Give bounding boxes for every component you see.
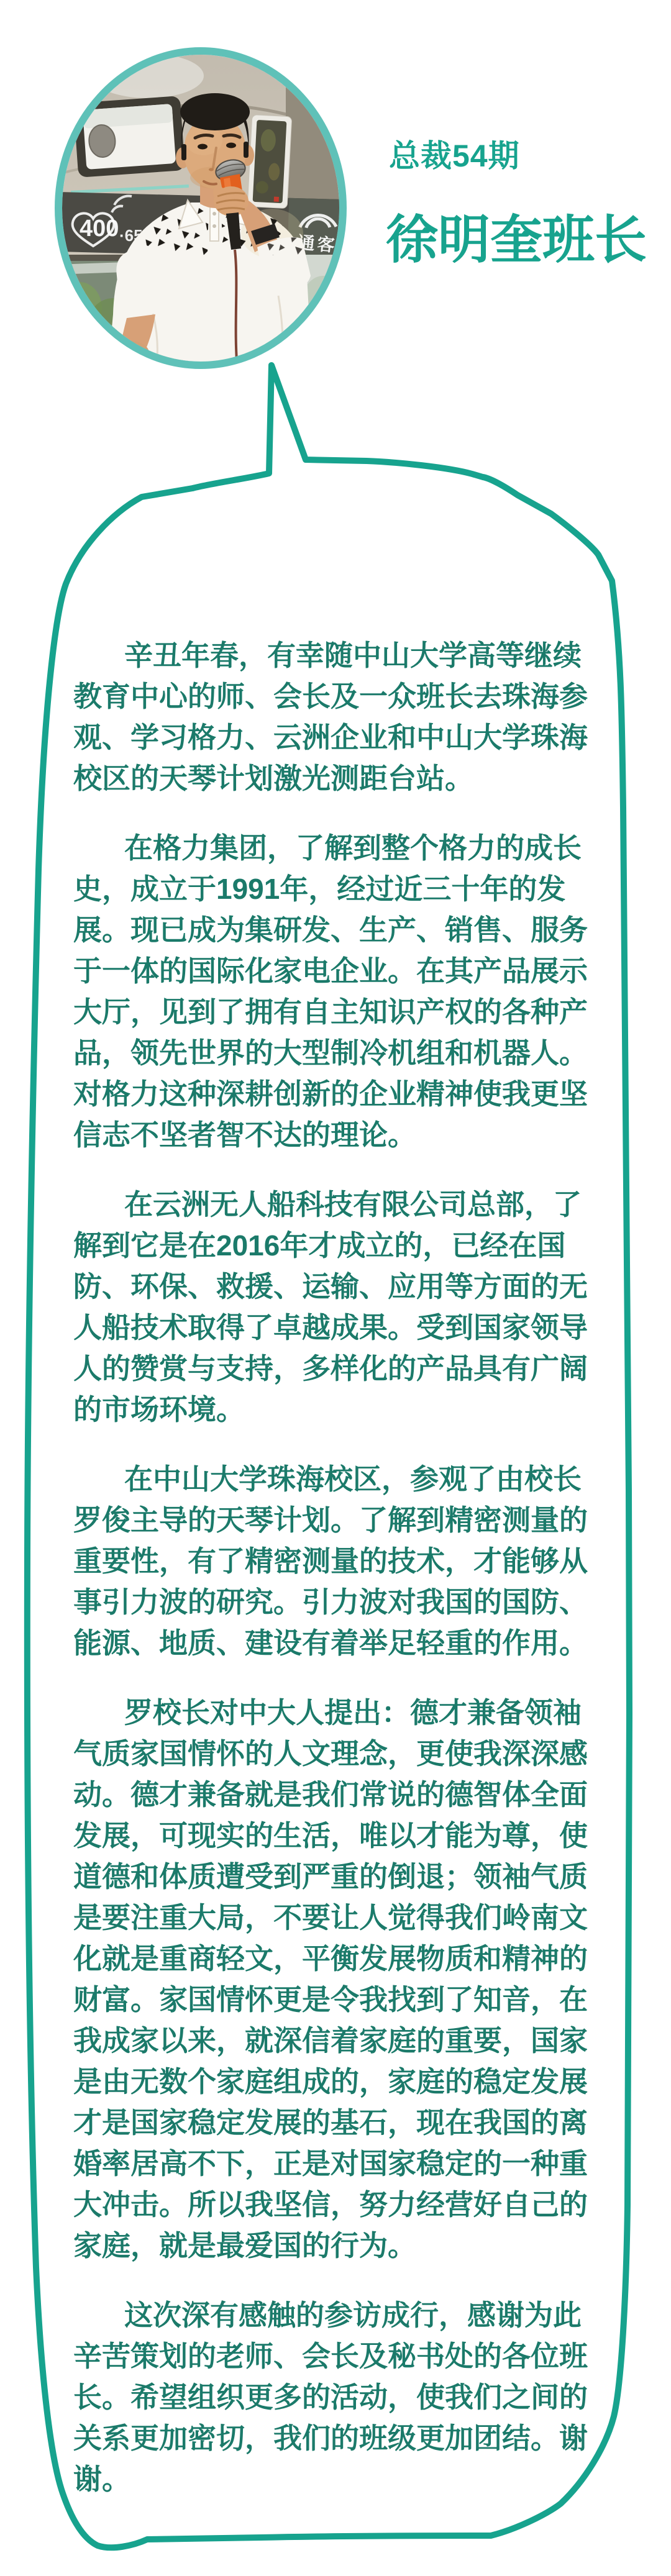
paragraph-4: 在中山大学珠海校区，参观了由校长 罗俊主导的天琴计划。了解到精密测量的 重要性，… — [73, 1459, 619, 1663]
nostril — [209, 168, 214, 171]
button — [212, 212, 216, 216]
sideburn-left — [181, 144, 186, 160]
sideburn-right — [244, 142, 249, 158]
microphone-cable — [235, 250, 237, 369]
button — [212, 224, 216, 228]
session-label: 总裁54期 — [389, 138, 520, 174]
speech-text: 辛丑年春，有幸随中山大学高等继续 教育中心的师、会长及一众班长去珠海参 观、学习… — [73, 635, 619, 2528]
paragraph-5: 罗校长对中大人提出：德才兼备领袖 气质家国情怀的人文理念，更使我深深感 动。德才… — [73, 1692, 619, 2266]
tablet-screen — [247, 115, 292, 209]
poster-canvas: 400 ·65 通客车 — [0, 0, 671, 2576]
profile-photo: 400 ·65 通客车 — [55, 47, 347, 369]
name-label: 徐明奎班长 — [386, 209, 647, 271]
hair-top — [180, 93, 250, 130]
paragraph-2: 在格力集团，了解到整个格力的成长 史，成立于1991年，经过近三十年的发 展。现… — [73, 827, 619, 1155]
banner-left-text: 400 — [80, 216, 119, 242]
paragraph-3: 在云洲无人船科技有限公司总部，了 解到它是在2016年才成立的，已经在国 防、环… — [73, 1184, 619, 1430]
eye-left — [198, 144, 208, 150]
paragraph-1: 辛丑年春，有幸随中山大学高等继续 教育中心的师、会长及一众班长去珠海参 观、学习… — [73, 635, 619, 799]
eye-right — [226, 143, 236, 148]
paragraph-6: 这次深有感触的参访成行，感谢为此 辛苦策划的老师、会长及秘书处的各位班 长。希望… — [73, 2295, 619, 2500]
